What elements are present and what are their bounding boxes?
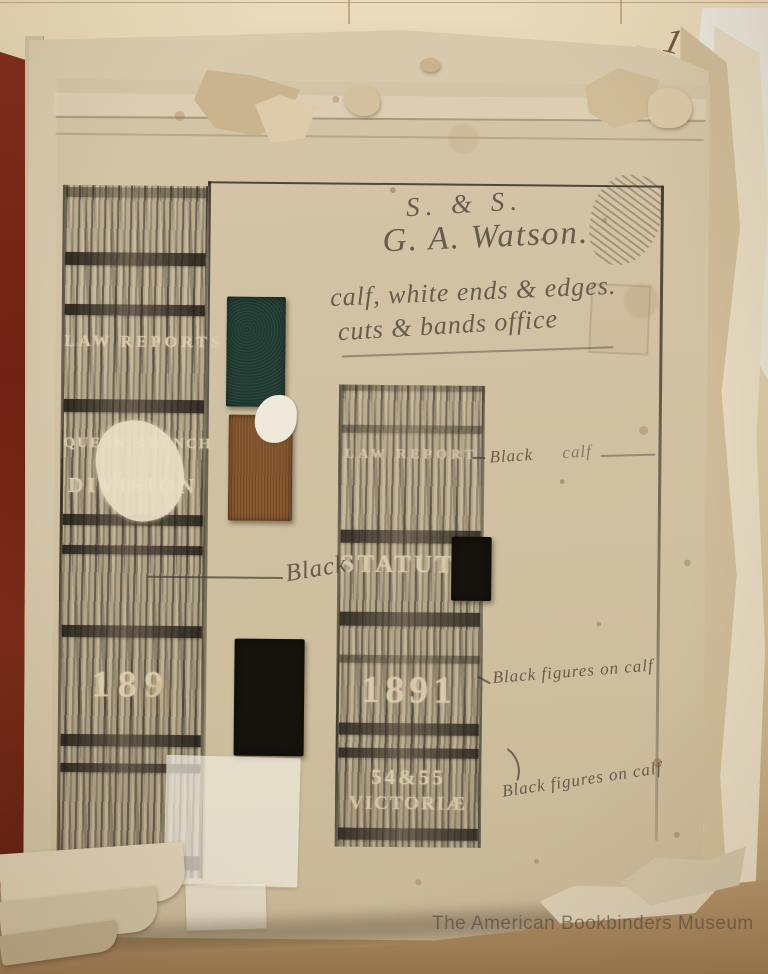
- wood-plank-seam: [348, 0, 350, 24]
- spine-title-victoriae: VICTORIÆ: [338, 793, 478, 816]
- spine-band: [339, 723, 479, 736]
- spine-band: [342, 425, 482, 434]
- annotation-leader-line: [472, 457, 485, 459]
- spine-band: [338, 828, 478, 841]
- center-spine-rubbing: LAW REPORT STATUTES 1891 54&55 VICTORIÆ: [335, 385, 485, 848]
- leather-sample-black-small: [451, 537, 492, 601]
- paper-damage-blotch: [89, 413, 191, 528]
- leather-sample-green: [226, 296, 286, 407]
- spine-band: [65, 252, 205, 266]
- spine-band: [62, 545, 202, 555]
- spine-band: [342, 385, 482, 392]
- spine-band: [64, 399, 204, 413]
- spine-title-law-reports: LAW REPORTS: [64, 333, 204, 352]
- photo-bookbinders-scrapbook-page: LAW REPORTS QUEEN'S BENCH DIVISION 189 L…: [0, 0, 768, 974]
- annotation-word: Black: [489, 445, 534, 467]
- spine-band: [340, 612, 480, 627]
- spine-band: [339, 748, 479, 759]
- spine-band: [61, 734, 201, 747]
- spine-title-law-report: LAW REPORT: [341, 447, 481, 464]
- museum-watermark: The American Bookbinders Museum: [432, 913, 754, 935]
- torn-fragment: [420, 58, 440, 72]
- leather-sample-black-large: [234, 639, 305, 757]
- spine-year-189: 189: [61, 663, 201, 707]
- spine-volume-54-55: 54&55: [338, 765, 478, 791]
- annotation-word: calf: [562, 441, 593, 462]
- spine-band: [66, 187, 206, 198]
- spine-band: [62, 625, 202, 638]
- spine-band: [339, 655, 479, 664]
- scrapbook-sheet: LAW REPORTS QUEEN'S BENCH DIVISION 189 L…: [36, 57, 736, 946]
- red-book-cover-spine: [0, 52, 27, 904]
- wood-plank-groove: [0, 2, 768, 3]
- spine-year-1891: 1891: [339, 668, 479, 713]
- spine-band: [65, 304, 205, 316]
- torn-fragment: [648, 88, 692, 128]
- wood-plank-seam: [620, 0, 622, 24]
